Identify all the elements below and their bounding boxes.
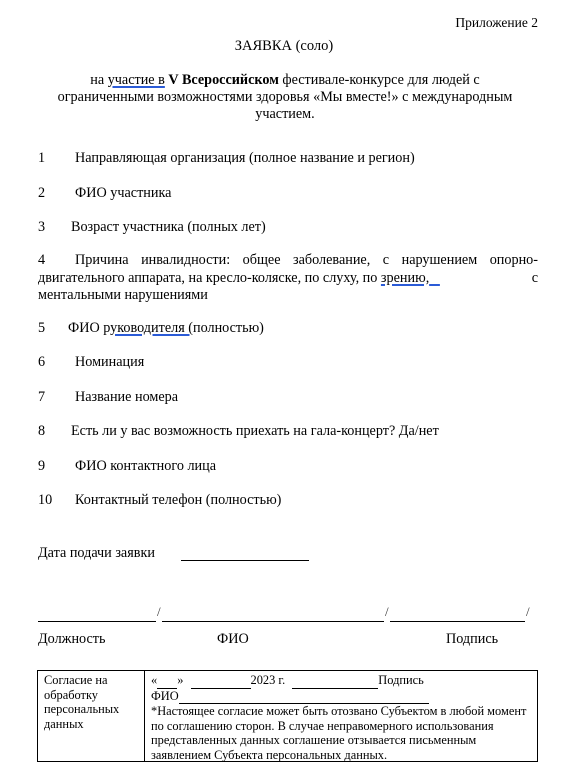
- intro-line-3: участием.: [40, 106, 530, 123]
- item-number: 7: [38, 389, 45, 406]
- intro-rest: фестивале-конкурсе для людей с: [282, 72, 479, 88]
- form-item-6: 6 Номинация: [38, 354, 45, 371]
- submission-date-field[interactable]: [181, 546, 309, 561]
- intro-prefix: на: [90, 72, 107, 88]
- form-item-2: 2 ФИО участника: [38, 185, 45, 202]
- consent-label: Согласие на обработку персональных данны…: [38, 671, 145, 761]
- intro-spellcheck-word: участие в: [108, 72, 165, 88]
- item-label: ФИО контактного лица: [75, 458, 216, 475]
- item-number: 10: [38, 492, 52, 509]
- consent-fio-label: ФИО: [151, 689, 179, 703]
- signature-row: / / /: [38, 604, 533, 622]
- item4-line2-text: двигательного аппарата, на кресло-коляск…: [38, 270, 381, 286]
- document-title: ЗАЯВКА (соло): [0, 38, 568, 55]
- item-label-line1: Причина инвалидности: общее заболевание,…: [75, 252, 538, 270]
- consent-signature-label: Подпись: [378, 673, 424, 687]
- slash-separator: /: [526, 604, 530, 620]
- consent-details: « » 2023 г. Подпись ФИО *Настоящее согла…: [145, 671, 537, 761]
- signature-label: Подпись: [446, 631, 498, 648]
- item-number: 2: [38, 185, 45, 202]
- intro-line-2: ограниченными возможностями здоровья «Мы…: [40, 89, 530, 106]
- form-item-1: 1 Направляющая организация (полное назва…: [38, 150, 45, 167]
- consent-date-line: « » 2023 г. Подпись: [151, 673, 531, 689]
- item4-line-3: ментальными нарушениями: [38, 287, 538, 305]
- item-label: Возраст участника (полных лет): [71, 219, 266, 236]
- item4-line2-end: с: [532, 270, 538, 288]
- item-label: ФИО руководителя (полностью): [68, 320, 264, 337]
- intro-bold: V Всероссийском: [165, 72, 283, 88]
- item-label: Название номера: [75, 389, 178, 406]
- form-item-4: 4 Причина инвалидности: общее заболевани…: [38, 252, 538, 305]
- item-label: Номинация: [75, 354, 144, 371]
- consent-signature-field[interactable]: [292, 673, 378, 689]
- position-field[interactable]: [38, 604, 156, 622]
- item-number: 3: [38, 219, 45, 236]
- form-item-3: 3 Возраст участника (полных лет): [38, 219, 45, 236]
- form-item-8: 8 Есть ли у вас возможность приехать на …: [38, 423, 45, 440]
- name-label: ФИО: [217, 631, 249, 648]
- form-item-10: 10 Контактный телефон (полностью): [38, 492, 52, 509]
- item-label: Контактный телефон (полностью): [75, 492, 281, 509]
- form-item-7: 7 Название номера: [38, 389, 45, 406]
- consent-year: 2023 г.: [251, 673, 286, 687]
- consent-table: Согласие на обработку персональных данны…: [37, 670, 538, 762]
- item-number: 9: [38, 458, 45, 475]
- item4-spellcheck-space: [429, 270, 440, 286]
- item-number: 1: [38, 150, 45, 167]
- intro-line-1: на участие в V Всероссийском фестивале-к…: [40, 72, 530, 89]
- consent-month-field[interactable]: [191, 673, 251, 689]
- form-item-5: 5 ФИО руководителя (полностью): [38, 320, 45, 337]
- item-label: Направляющая организация (полное названи…: [75, 150, 415, 167]
- consent-note: *Настоящее согласие может быть отозвано …: [151, 704, 531, 762]
- form-item-9: 9 ФИО контактного лица: [38, 458, 45, 475]
- item-label: ФИО участника: [75, 185, 171, 202]
- name-field[interactable]: [162, 604, 384, 622]
- position-label: Должность: [38, 631, 105, 648]
- slash-separator: /: [385, 604, 389, 620]
- consent-fio-line: ФИО: [151, 689, 531, 705]
- item-number: 6: [38, 354, 45, 371]
- item-number: 4: [38, 252, 75, 270]
- item4-line-2: двигательного аппарата, на кресло-коляск…: [38, 270, 538, 288]
- item-number: 8: [38, 423, 45, 440]
- item-number: 5: [38, 320, 45, 337]
- item4-spellcheck-word: зрению,: [381, 270, 429, 286]
- signature-field[interactable]: [390, 604, 525, 622]
- consent-fio-field[interactable]: [179, 689, 429, 705]
- intro-paragraph: на участие в V Всероссийском фестивале-к…: [40, 72, 530, 123]
- item4-line-1: 4 Причина инвалидности: общее заболевани…: [38, 252, 538, 270]
- submission-date-label: Дата подачи заявки: [38, 545, 155, 562]
- appendix-label: Приложение 2: [455, 15, 538, 31]
- item5-spellcheck-word: руководителя (: [103, 320, 193, 336]
- slash-separator: /: [157, 604, 161, 620]
- consent-day-field[interactable]: [157, 673, 177, 689]
- item-label: Есть ли у вас возможность приехать на га…: [71, 423, 439, 440]
